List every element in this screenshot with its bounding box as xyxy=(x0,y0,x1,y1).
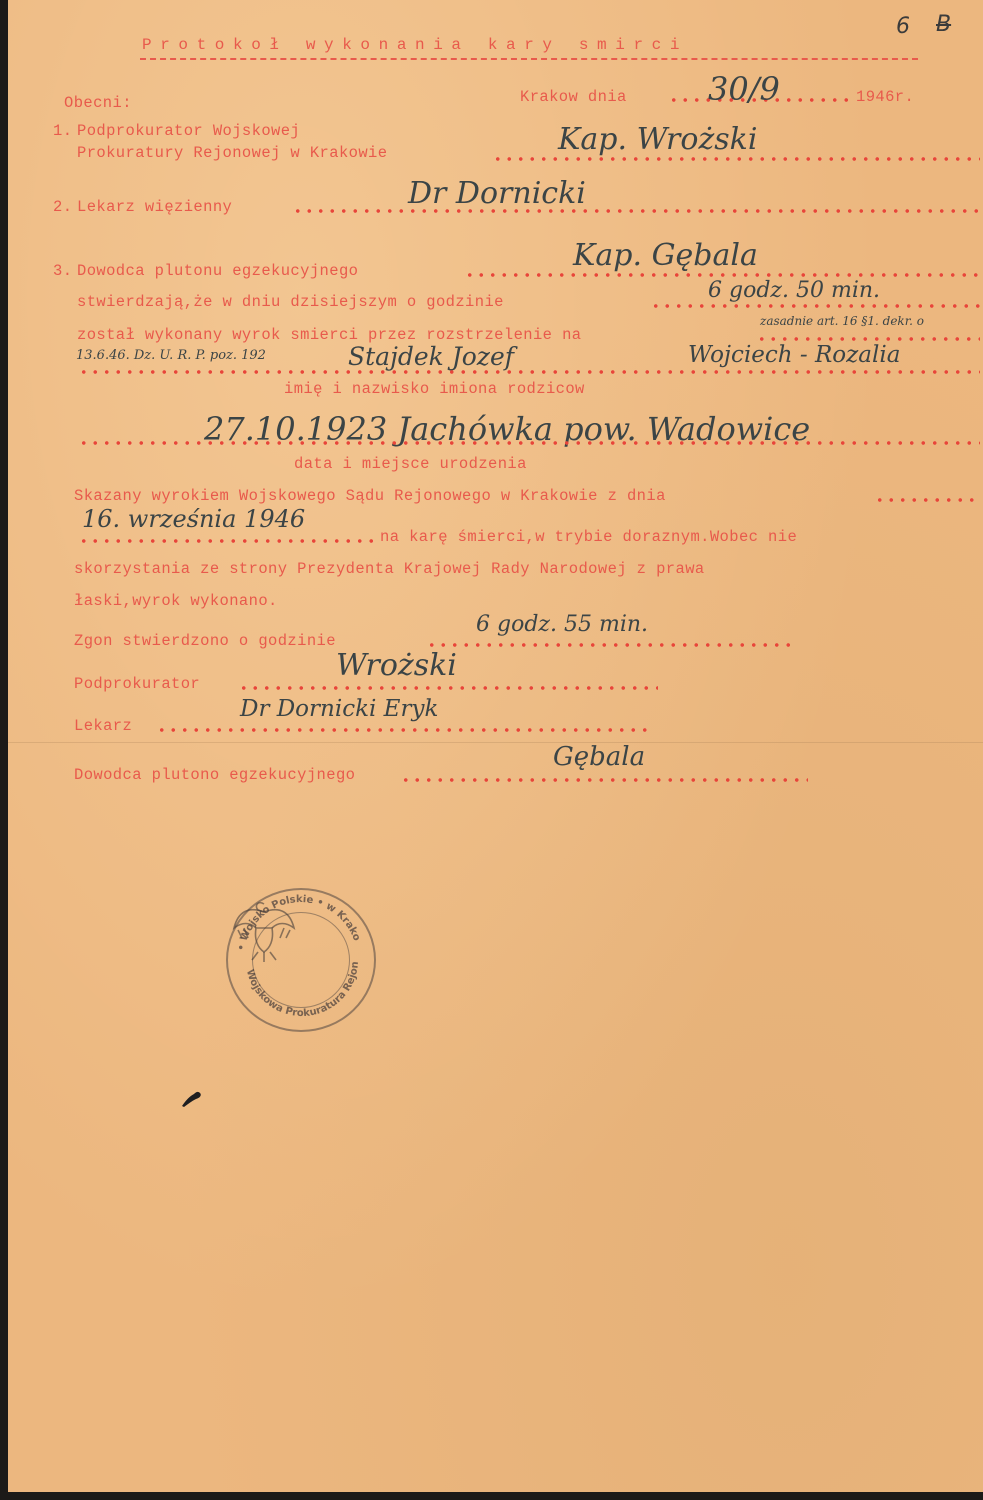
convict-name-handwritten: Stajdek Jozef xyxy=(348,342,514,371)
dotted-line xyxy=(874,497,980,503)
caption-name-parents: imię i nazwisko imiona rodzicow xyxy=(284,380,585,398)
confirm-line: stwierdzają,że w dniu dzisiejszym o godz… xyxy=(77,293,504,311)
participant-3-handwritten: Kap. Gębala xyxy=(573,238,758,273)
participant-1-number: 1. xyxy=(53,122,72,140)
participant-1-label-1: Podprokurator Wojskowej xyxy=(77,122,300,140)
signature-commander: Gębala xyxy=(553,742,645,772)
fold-line xyxy=(8,742,983,743)
sentence-date-handwritten: 16. września 1946 xyxy=(82,505,305,533)
participant-3-number: 3. xyxy=(53,262,72,280)
title-underline xyxy=(140,58,918,60)
participant-2-handwritten: Dr Dornicki xyxy=(408,176,586,211)
document-page: 6 B Protokoł wykonania kary smirci Krako… xyxy=(8,0,983,1492)
dotted-line xyxy=(292,208,980,214)
dotted-line xyxy=(238,685,658,691)
participant-1-handwritten: Kap. Wrożski xyxy=(558,122,757,157)
signature-doctor: Dr Dornicki Eryk xyxy=(240,696,438,722)
document-title: Protokoł wykonania kary smirci xyxy=(142,36,688,54)
dotted-line xyxy=(156,727,650,733)
place-date-label: Krakow dnia xyxy=(520,88,627,106)
dotted-line xyxy=(400,777,808,783)
page-number-b: B xyxy=(936,12,951,37)
participant-3-label: Dowodca plutonu egzekucyjnego xyxy=(77,262,358,280)
death-time-handwritten: 6 godz. 55 min. xyxy=(476,612,648,637)
sentence-line-4: łaski,wyrok wykonano. xyxy=(74,592,278,610)
legal-note-left: 13.6.46. Dz. U. R. P. poz. 192 xyxy=(76,348,266,363)
caption-birth: data i miejsce urodzenia xyxy=(294,455,527,473)
legal-note-top: zasadnie art. 16 §1. dekr. o xyxy=(760,314,924,328)
sentence-line-1: Skazany wyrokiem Wojskowego Sądu Rejonow… xyxy=(74,487,666,505)
eagle-emblem-icon xyxy=(228,890,300,964)
dotted-line xyxy=(78,440,980,446)
sentence-line-3: skorzystania ze strony Prezydenta Krajow… xyxy=(74,560,705,578)
signature-label-commander: Dowodca plutono egzekucyjnego xyxy=(74,766,355,784)
present-label: Obecni: xyxy=(64,94,132,112)
execution-hour-handwritten: 6 godz. 50 min. xyxy=(708,278,880,303)
participant-2-number: 2. xyxy=(53,198,72,216)
official-stamp: • Wojsko Polskie • w Krakowie Wojskowa P… xyxy=(226,888,376,1032)
date-handwritten: 30/9 xyxy=(708,70,780,108)
participant-1-label-2: Prokuratury Rejonowej w Krakowie xyxy=(77,144,387,162)
sentence-line-2: na karę śmierci,w trybie doraznym.Wobec … xyxy=(380,528,797,546)
dotted-line xyxy=(78,369,980,375)
death-label: Zgon stwierdzono o godzinie xyxy=(74,632,336,650)
dotted-line xyxy=(650,303,980,309)
dotted-line xyxy=(78,538,378,544)
signature-label-prosecutor: Podprokurator xyxy=(74,675,200,693)
signature-prosecutor: Wrożski xyxy=(336,648,457,683)
dotted-line xyxy=(426,642,798,648)
ink-blot xyxy=(180,1090,204,1108)
parents-handwritten: Wojciech - Rozalia xyxy=(688,342,900,368)
page-number-a: 6 xyxy=(896,14,910,39)
signature-label-doctor: Lekarz xyxy=(74,717,132,735)
year: 1946r. xyxy=(856,88,914,106)
participant-2-label: Lekarz więzienny xyxy=(77,198,232,216)
